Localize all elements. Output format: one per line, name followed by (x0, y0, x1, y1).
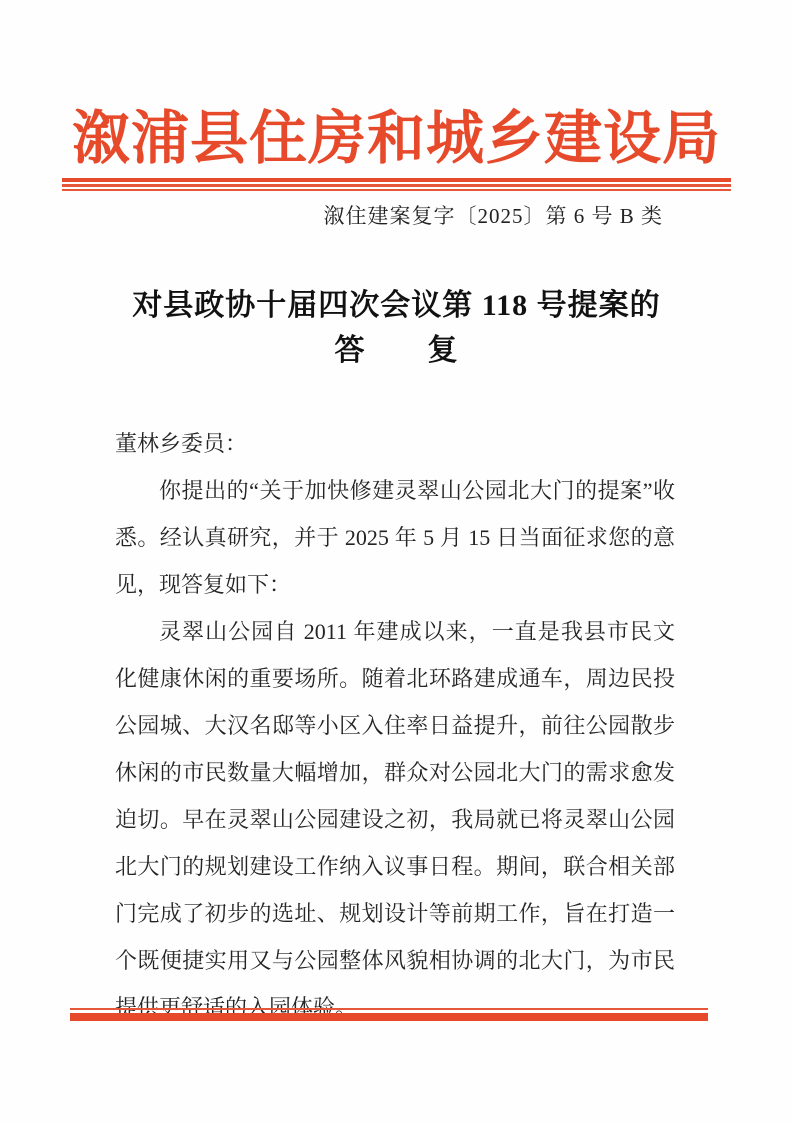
document-reference-number: 溆住建案复字〔2025〕第 6 号 B 类 (0, 203, 793, 229)
document-page: 溆浦县住房和城乡建设局 溆住建案复字〔2025〕第 6 号 B 类 对县政协十届… (0, 0, 793, 1122)
header-divider-mid-line (62, 184, 731, 187)
header-divider-thick-line (62, 178, 731, 182)
document-title: 对县政协十届四次会议第 118 号提案的 答 复 (0, 283, 793, 373)
header-divider (62, 178, 731, 191)
header-divider-thin-line (62, 189, 731, 191)
agency-name: 溆浦县住房和城乡建设局 (0, 104, 793, 174)
footer-divider-thin-line (70, 1008, 708, 1010)
body-paragraph-1: 你提出的“关于加快修建灵翠山公园北大门的提案”收悉。经认真研究，并于 2025 … (115, 467, 675, 608)
footer-divider (70, 1008, 708, 1021)
letter-body: 董林乡委员： 你提出的“关于加快修建灵翠山公园北大门的提案”收悉。经认真研究，并… (115, 420, 675, 1031)
document-title-line-2: 答 复 (0, 328, 793, 373)
salutation: 董林乡委员： (115, 420, 675, 467)
footer-divider-thick-line (70, 1013, 708, 1021)
document-masthead: 溆浦县住房和城乡建设局 溆住建案复字〔2025〕第 6 号 B 类 (0, 0, 793, 229)
document-title-line-1: 对县政协十届四次会议第 118 号提案的 (0, 283, 793, 328)
body-paragraph-2: 灵翠山公园自 2011 年建成以来，一直是我县市民文化健康休闲的重要场所。随着北… (115, 608, 675, 1031)
